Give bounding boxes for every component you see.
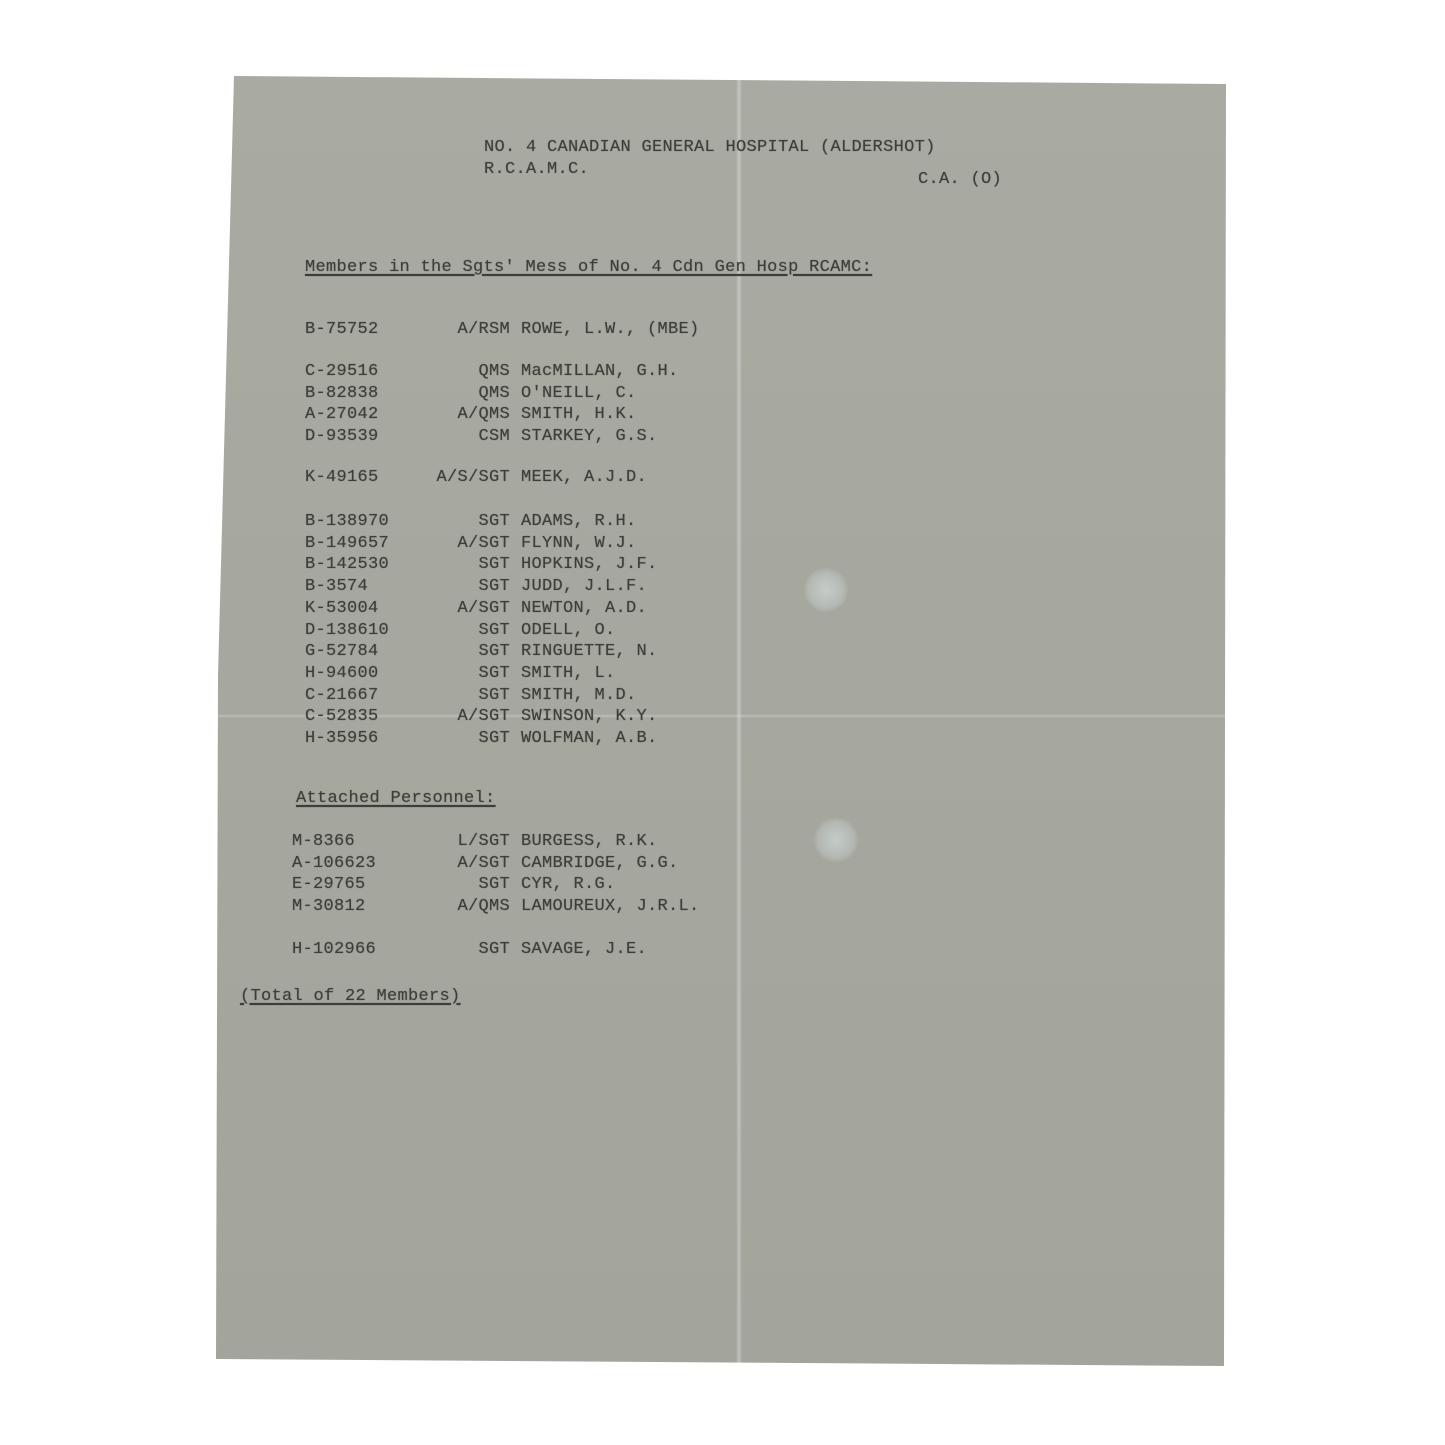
service-number: D-93539 [305,427,379,447]
pin-hole-mark [804,568,848,612]
service-number: A-106623 [292,854,376,874]
service-number: A-27042 [305,405,379,425]
rank: CSM [478,427,510,447]
member-name: SMITH, L. [521,664,616,684]
member-name: FLYNN, W.J. [521,534,637,554]
member-name: HOPKINS, J.F. [521,555,658,575]
rank: A/S/SGT [436,468,510,488]
rank: SGT [478,577,510,597]
member-name: JUDD, J.L.F. [521,577,647,597]
rank: A/SGT [457,707,510,727]
service-number: H-102966 [292,940,376,960]
service-number: H-94600 [305,664,379,684]
rank: SGT [478,664,510,684]
member-name: BURGESS, R.K. [521,832,658,852]
service-number: K-49165 [305,468,379,488]
rank: A/QMS [457,897,510,917]
member-name: CAMBRIDGE, G.G. [521,854,679,874]
service-number: B-138970 [305,512,389,532]
service-number: K-53004 [305,599,379,619]
service-number: H-35956 [305,729,379,749]
service-number: G-52784 [305,642,379,662]
member-name: RINGUETTE, N. [521,642,658,662]
corps-label: R.C.A.M.C. [484,160,589,180]
member-name: CYR, R.G. [521,875,616,895]
pin-hole-mark [814,818,858,862]
member-name: SWINSON, K.Y. [521,707,658,727]
member-name: LAMOUREUX, J.R.L. [521,897,700,917]
member-name: ADAMS, R.H. [521,512,637,532]
rank: SGT [478,875,510,895]
rank: QMS [478,362,510,382]
rank: A/SGT [457,599,510,619]
rank: SGT [478,512,510,532]
rank: A/SGT [457,854,510,874]
rank: SGT [478,555,510,575]
service-number: D-138610 [305,621,389,641]
service-number: C-29516 [305,362,379,382]
member-name: STARKEY, G.S. [521,427,658,447]
member-name: SMITH, M.D. [521,686,637,706]
rank: A/RSM [457,320,510,340]
service-number: B-82838 [305,384,379,404]
rank: A/QMS [457,405,510,425]
service-number: B-149657 [305,534,389,554]
member-name: O'NEILL, C. [521,384,637,404]
rank: SGT [478,642,510,662]
member-name: SMITH, H.K. [521,405,637,425]
member-name: SAVAGE, J.E. [521,940,647,960]
member-name: ODELL, O. [521,621,616,641]
service-number: E-29765 [292,875,366,895]
unit-heading: NO. 4 CANADIAN GENERAL HOSPITAL (ALDERSH… [484,138,936,158]
member-name: ROWE, L.W., (MBE) [521,320,700,340]
total-members: (Total of 22 Members) [240,987,461,1007]
reference-code: C.A. (O) [918,170,1002,190]
rank: SGT [478,940,510,960]
service-number: B-3574 [305,577,368,597]
service-number: B-142530 [305,555,389,575]
rank: SGT [478,686,510,706]
service-number: M-8366 [292,832,355,852]
service-number: M-30812 [292,897,366,917]
member-name: MEEK, A.J.D. [521,468,647,488]
service-number: C-21667 [305,686,379,706]
members-section-title: Members in the Sgts' Mess of No. 4 Cdn G… [305,258,872,278]
rank: SGT [478,621,510,641]
attached-section-title: Attached Personnel: [296,789,496,809]
rank: L/SGT [457,832,510,852]
member-name: NEWTON, A.D. [521,599,647,619]
rank: SGT [478,729,510,749]
service-number: C-52835 [305,707,379,727]
rank: A/SGT [457,534,510,554]
service-number: B-75752 [305,320,379,340]
member-name: MacMILLAN, G.H. [521,362,679,382]
member-name: WOLFMAN, A.B. [521,729,658,749]
rank: QMS [478,384,510,404]
